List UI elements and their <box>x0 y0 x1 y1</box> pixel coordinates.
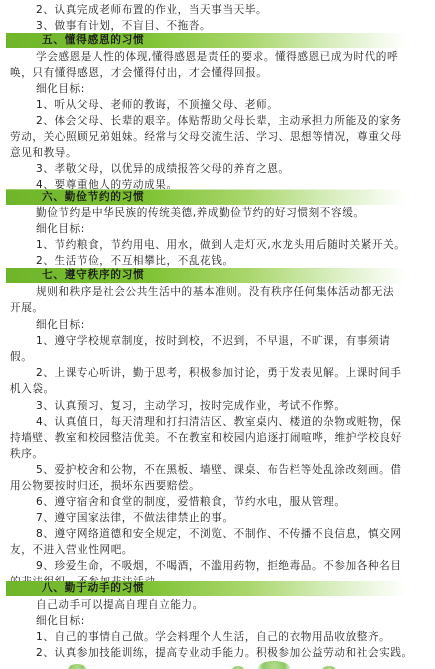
list-item: 3、认真预习、复习，主动学习，按时完成作业，考试不作弊。 <box>36 399 346 413</box>
section-header-bar: 八、勤于动手的习惯 <box>6 581 406 596</box>
tree-icon <box>68 664 86 669</box>
list-item-cont: 持墙壁、教室和校园整洁优美。不在教室和校园内追逐打闹喧哗，维护学校良好 <box>10 431 402 445</box>
section-lead: 开展。 <box>10 301 44 315</box>
list-item: 2、上课专心听讲，勤于思考，积极参加讨论，勇于发表见解。上课时间手 <box>36 366 402 380</box>
section-title: 五、懂得感恩的习惯 <box>42 33 145 48</box>
list-item-cont: 友，不进入营业性网吧。 <box>10 543 133 557</box>
section-header-bar: 五、懂得感恩的习惯 <box>6 33 406 48</box>
list-item: 2、认真参加技能训练，提高专业动手能力。积极参加公益劳动和社会实践。 <box>36 646 413 660</box>
list-item: 9、珍爱生命，不吸烟，不喝酒，不滥用药物，拒绝毒品。不参加各种名目 <box>36 559 402 573</box>
list-item: 5、爱护校舍和公物，不在黑板、墙壁、课桌、布告栏等处乱涂改刻画。借 <box>36 463 402 477</box>
section-lead: 勤俭节约是中华民族的传统美德,养成勤俭节约的好习惯刻不容缓。 <box>36 206 365 220</box>
list-item-cont: 劳动，关心照顾兄弟姐妹。经常与父母交流生活、学习、思想等情况，尊重父母 <box>10 130 402 144</box>
list-item: 8、遵守网络道德和安全规定，不浏览、不制作、不传播不良信息，慎交网 <box>36 527 402 541</box>
section-title: 八、勤于动手的习惯 <box>42 581 145 596</box>
list-item: 2、生活节俭，不互相攀比，不乱花钱。 <box>36 254 234 268</box>
section-subtitle: 细化目标: <box>36 82 85 96</box>
section-header-bar: 七、遵守秩序的习惯 <box>6 268 406 283</box>
list-item-cont: 假。 <box>10 350 32 364</box>
tree-icon <box>258 661 290 669</box>
list-item: 2、体会父母、长辈的艰辛。体贴帮助父母长辈，主动承担力所能及的家务 <box>36 114 402 128</box>
list-item: 1、自己的事情自己做。学会料理个人生活，自己的衣物用品收放整齐。 <box>36 630 390 644</box>
list-item: 1、遵守学校规章制度，按时到校，不迟到，不早退，不旷课，有事须请 <box>36 334 390 348</box>
section-lead: 自己动手可以提高自理自立能力。 <box>36 598 204 612</box>
list-item: 6、遵守宿舍和食堂的制度，爱惜粮食，节约水电，服从管理。 <box>36 495 346 509</box>
list-item: 4、认真值日，每天清理和打扫清洁区、教室桌内、楼道的杂物或赃物，保 <box>36 415 402 429</box>
list-item-cont: 意见和教导。 <box>10 146 77 160</box>
list-item-cont: 用公物要按时归还，损坏东西要赔偿。 <box>10 479 200 493</box>
list-item: 7、遵守国家法律，不做法律禁止的事。 <box>36 511 234 525</box>
section-title: 六、勤俭节约的习惯 <box>42 190 145 205</box>
list-item-cont: 机入袋。 <box>10 382 55 396</box>
section-lead: 规则和秩序是社会公共生活中的基本准则。没有秩序任何集体活动都无法 <box>36 285 394 299</box>
list-item: 1、听从父母、老师的教诲，不顶撞父母、老师。 <box>36 98 278 112</box>
list-item: 3、做事有计划，不盲目、不拖沓。 <box>36 19 211 33</box>
section-title: 七、遵守秩序的习惯 <box>42 268 145 283</box>
section-subtitle: 细化目标: <box>36 614 85 628</box>
list-item: 3、孝敬父母，以优异的成绩报答父母的养育之恩。 <box>36 162 290 176</box>
list-item-cont: 秩序。 <box>10 447 44 461</box>
list-item: 1、节约粮食，节约用电、用水，做到人走灯灭,水龙头用后随时关紧开关。 <box>36 238 406 252</box>
section-header-bar: 六、勤俭节约的习惯 <box>6 190 406 205</box>
list-item: 2、认真完成老师布置的作业，当天事当天毕。 <box>36 3 267 17</box>
section-subtitle: 细化目标: <box>36 222 85 236</box>
section-subtitle: 细化目标: <box>36 318 85 332</box>
section-lead: 唤，只有懂得感恩，才会懂得付出，才会懂得回报。 <box>10 66 267 80</box>
section-lead: 学会感恩是人性的体现,懂得感恩是责任的要求。懂得感恩已成为时代的呼 <box>36 50 398 64</box>
